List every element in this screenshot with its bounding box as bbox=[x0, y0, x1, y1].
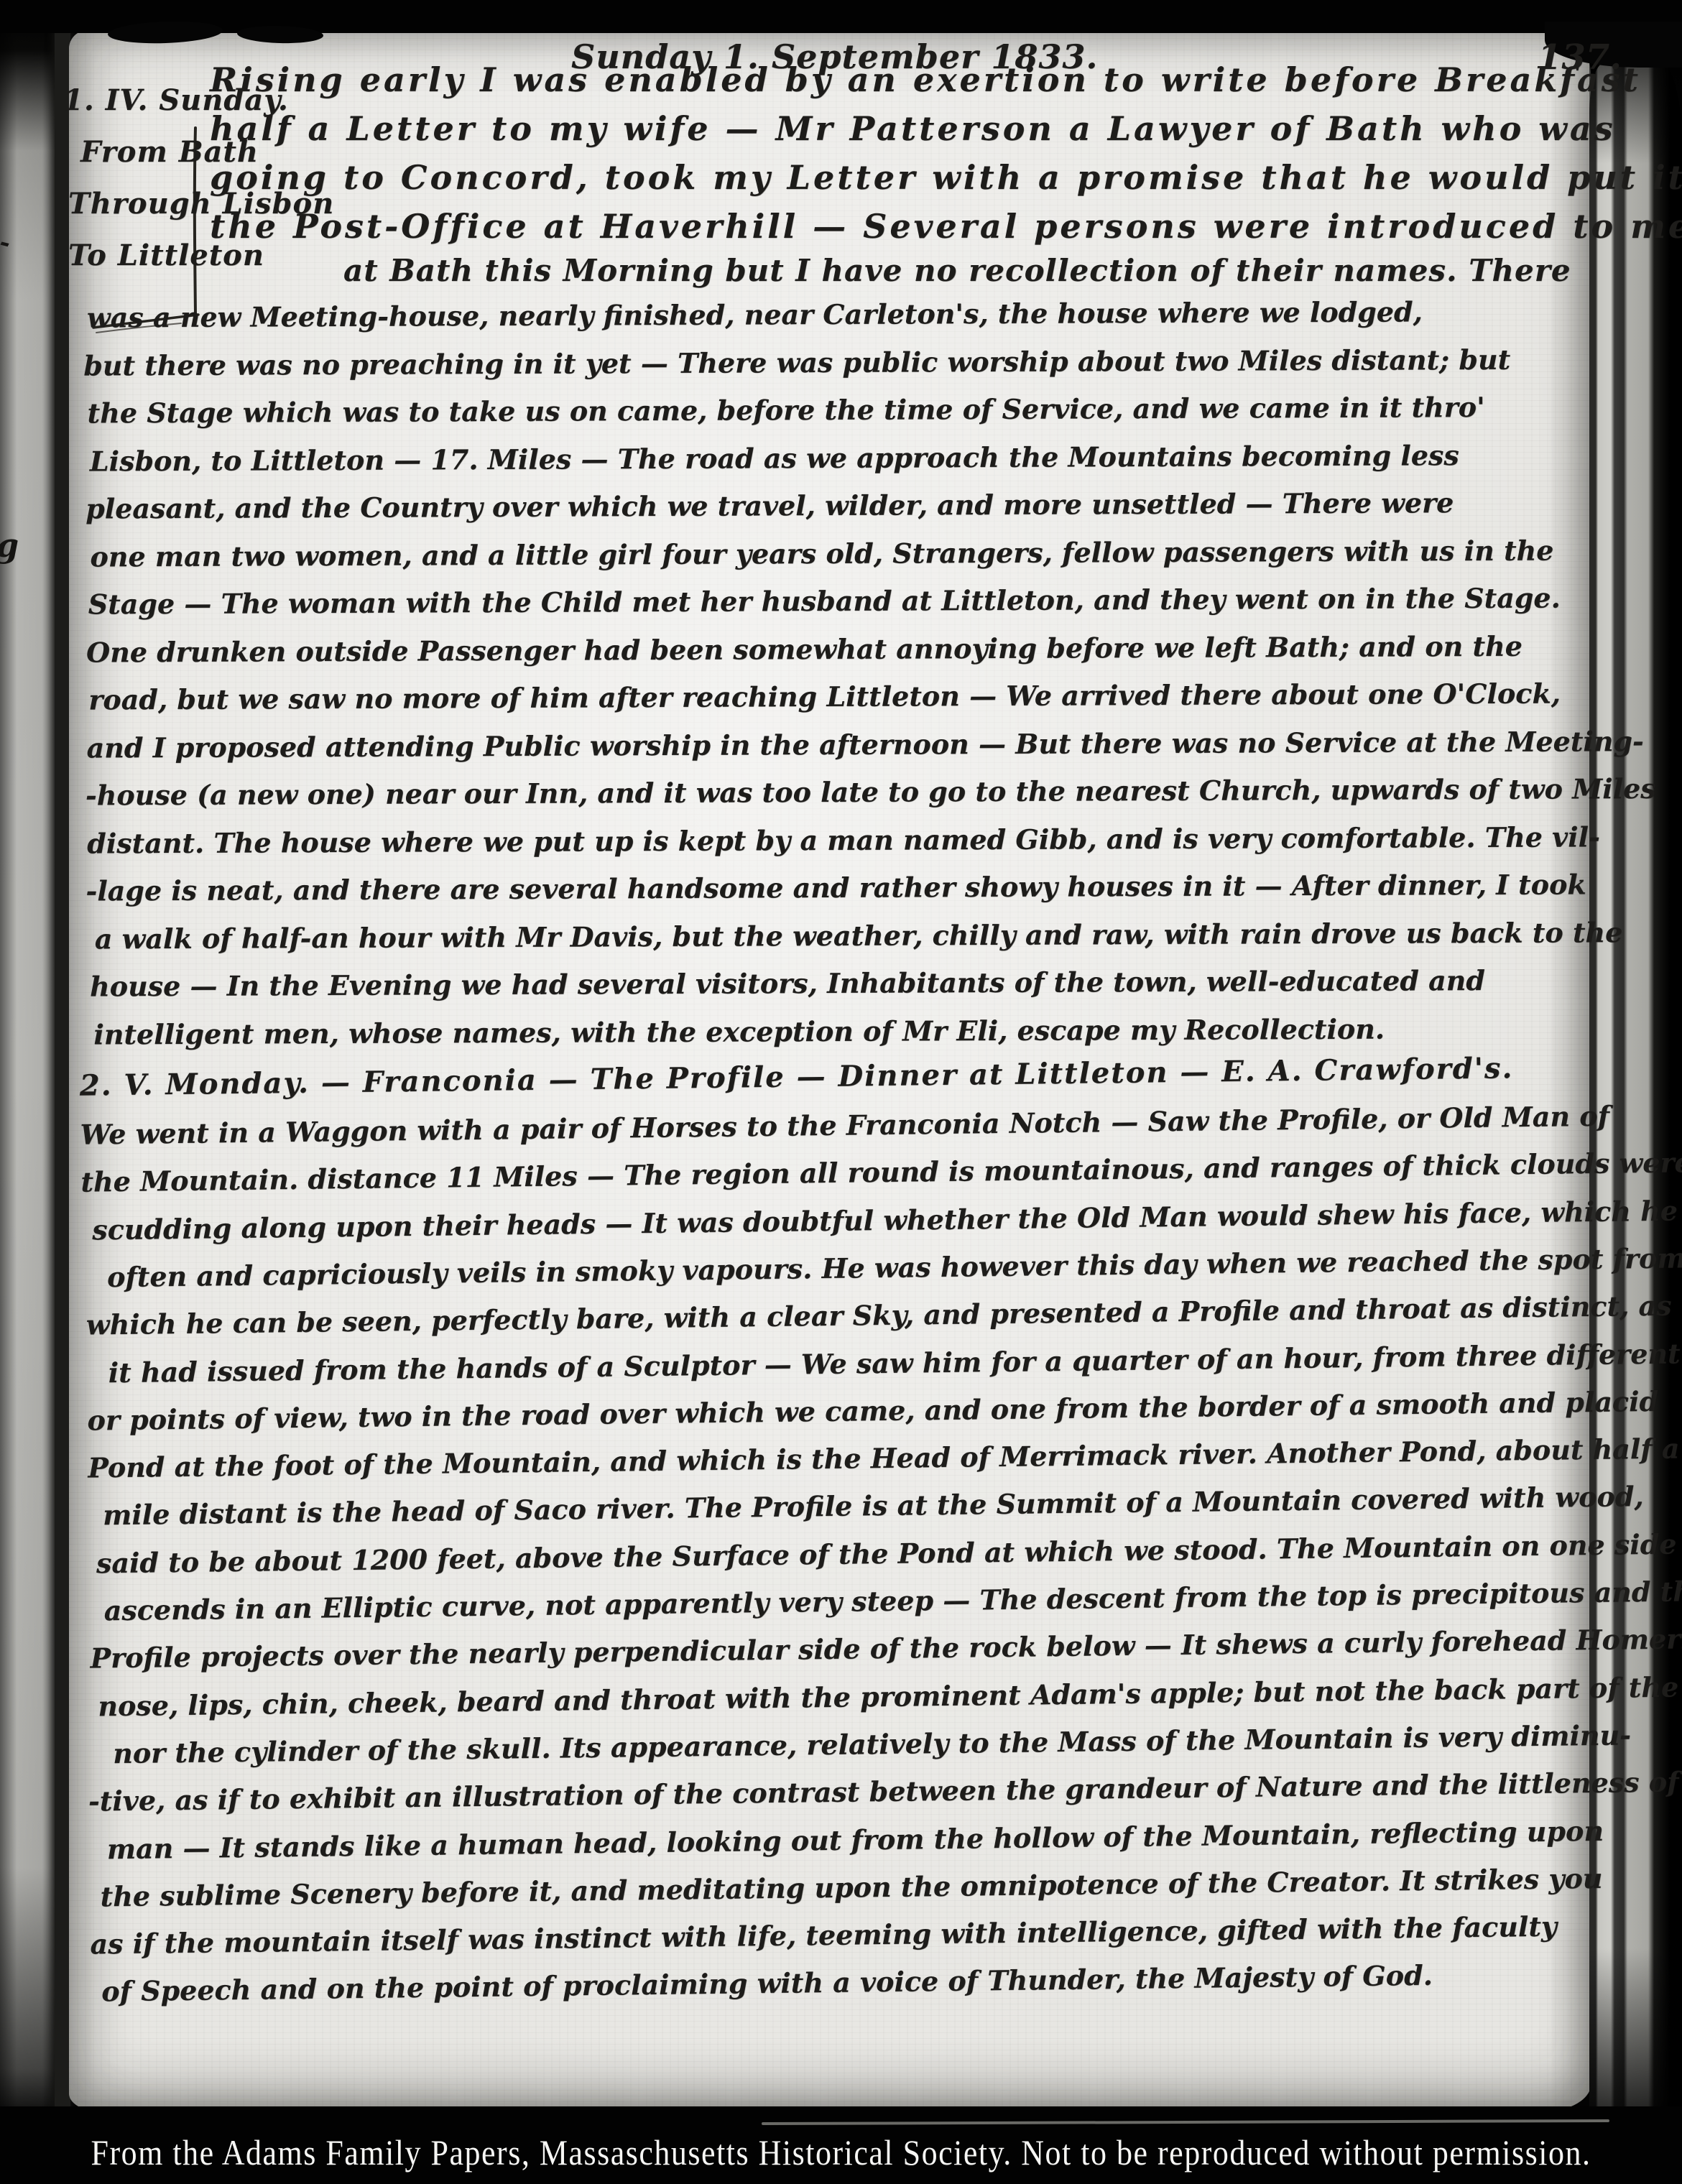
entry2-block: 2. V. Monday. — Franconia — The Profile … bbox=[0, 0, 1682, 2184]
entry2-body-block: We went in a Waggon with a pair of Horse… bbox=[0, 0, 1682, 2184]
manuscript-line: man — It stands like a human head, looki… bbox=[107, 1814, 1604, 1864]
manuscript-line: scudding along upon their heads — It was… bbox=[92, 1194, 1678, 1246]
archive-caption: From the Adams Family Papers, Massaschus… bbox=[0, 2132, 1682, 2173]
manuscript-line: the Mountain. distance 11 Miles — The re… bbox=[80, 1146, 1682, 1198]
manuscript-line: Profile projects over the nearly perpend… bbox=[90, 1622, 1682, 1675]
manuscript-line: which he can be seen, perfectly bare, wi… bbox=[86, 1289, 1682, 1341]
manuscript-line: as if the mountain itself was instinct w… bbox=[90, 1910, 1557, 1961]
manuscript-line: Pond at the foot of the Mountain, and wh… bbox=[88, 1433, 1680, 1484]
manuscript-scan-page: - g Sunday 1. September 1833. 137. 1. IV… bbox=[0, 0, 1682, 2184]
manuscript-line: nor the cylinder of the skull. Its appea… bbox=[113, 1718, 1631, 1769]
manuscript-line: it had issued from the hands of a Sculpt… bbox=[108, 1336, 1682, 1389]
manuscript-line: nose, lips, chin, cheek, beard and throa… bbox=[98, 1669, 1682, 1721]
manuscript-line: -tive, as if to exhibit an illustration … bbox=[88, 1766, 1679, 1818]
manuscript-line: or points of view, two in the road over … bbox=[87, 1385, 1658, 1437]
manuscript-line: said to be about 1200 feet, above the Su… bbox=[96, 1527, 1677, 1579]
manuscript-line: the sublime Scenery before it, and medit… bbox=[100, 1862, 1602, 1913]
manuscript-line: of Speech and on the point of proclaimin… bbox=[101, 1959, 1433, 2008]
manuscript-line: We went in a Waggon with a pair of Horse… bbox=[80, 1100, 1609, 1151]
manuscript-line: mile distant is the head of Saco river. … bbox=[103, 1480, 1644, 1531]
manuscript-line: often and capriciously veils in smoky va… bbox=[107, 1241, 1682, 1293]
manuscript-line: ascends in an Elliptic curve, not appare… bbox=[103, 1575, 1682, 1627]
